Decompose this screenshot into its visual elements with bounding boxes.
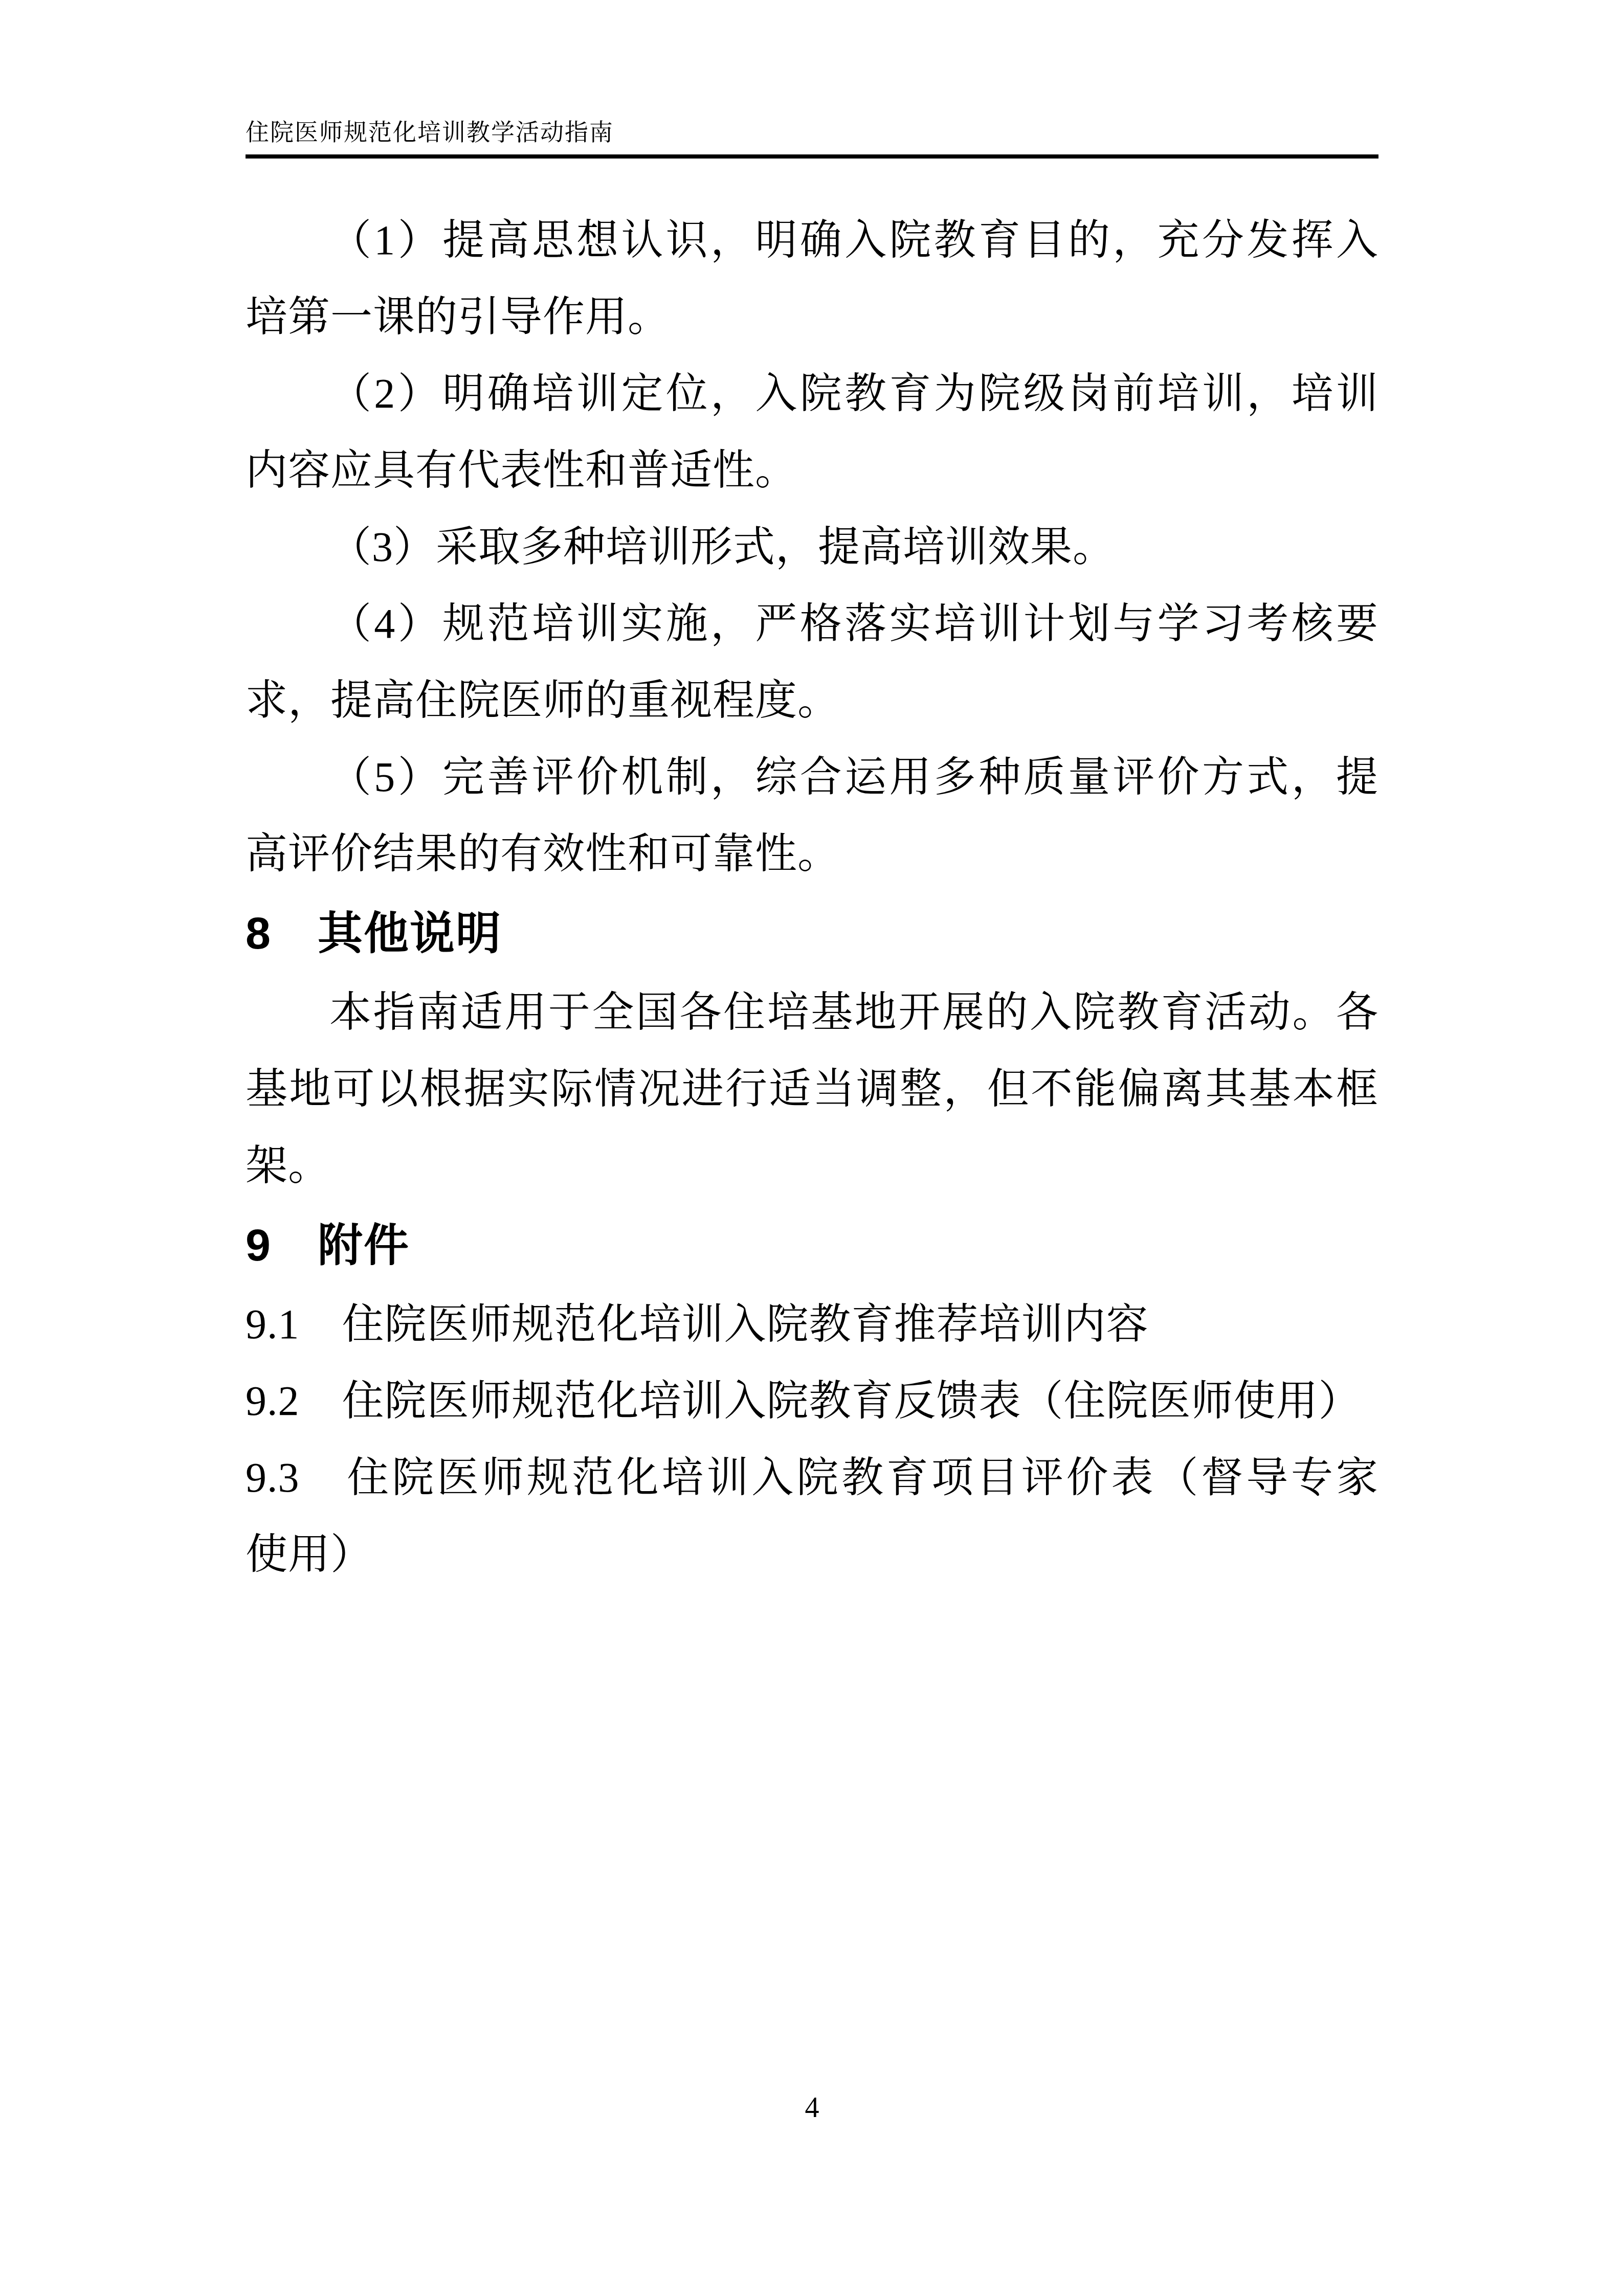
attachment-item: 9.2 住院医师规范化培训入院教育反馈表（住院医师使用）	[246, 1363, 1378, 1439]
body-line: （3）采取多种培训形式，提高培训效果。	[246, 509, 1378, 586]
attachment-item: 9.3 住院医师规范化培训入院教育项目评价表（督导专家	[246, 1439, 1378, 1516]
body-line: 高评价结果的有效性和可靠性。	[246, 816, 1378, 892]
body-line: （4）规范培训实施，严格落实培训计划与学习考核要	[246, 586, 1378, 662]
body-line: 内容应具有代表性和普适性。	[246, 432, 1378, 509]
body-line: 求，提高住院医师的重视程度。	[246, 662, 1378, 739]
body-line: （1）提高思想认识，明确入院教育目的，充分发挥入	[246, 202, 1378, 279]
body-line: 本指南适用于全国各住培基地开展的入院教育活动。各	[246, 974, 1378, 1051]
section-heading-8: 8 其他说明	[246, 892, 1378, 974]
body-line: 基地可以根据实际情况进行适当调整，但不能偏离其基本框	[246, 1051, 1378, 1128]
body-line: 架。	[246, 1128, 1378, 1204]
section-heading-9: 9 附件	[246, 1204, 1378, 1286]
body-line: （5）完善评价机制，综合运用多种质量评价方式，提	[246, 739, 1378, 816]
page-header: 住院医师规范化培训教学活动指南	[246, 117, 1378, 159]
header-title: 住院医师规范化培训教学活动指南	[246, 119, 614, 145]
page-number: 4	[805, 2092, 819, 2124]
body-line: 培第一课的引导作用。	[246, 279, 1378, 355]
page-footer: 4	[0, 2091, 1624, 2124]
page-body: （1）提高思想认识，明确入院教育目的，充分发挥入 培第一课的引导作用。 （2）明…	[246, 202, 1378, 1593]
attachment-item: 9.1 住院医师规范化培训入院教育推荐培训内容	[246, 1286, 1378, 1363]
attachment-item-continuation: 使用）	[246, 1516, 1378, 1593]
document-page: 住院医师规范化培训教学活动指南 （1）提高思想认识，明确入院教育目的，充分发挥入…	[0, 0, 1624, 2296]
body-line: （2）明确培训定位，入院教育为院级岗前培训，培训	[246, 355, 1378, 432]
